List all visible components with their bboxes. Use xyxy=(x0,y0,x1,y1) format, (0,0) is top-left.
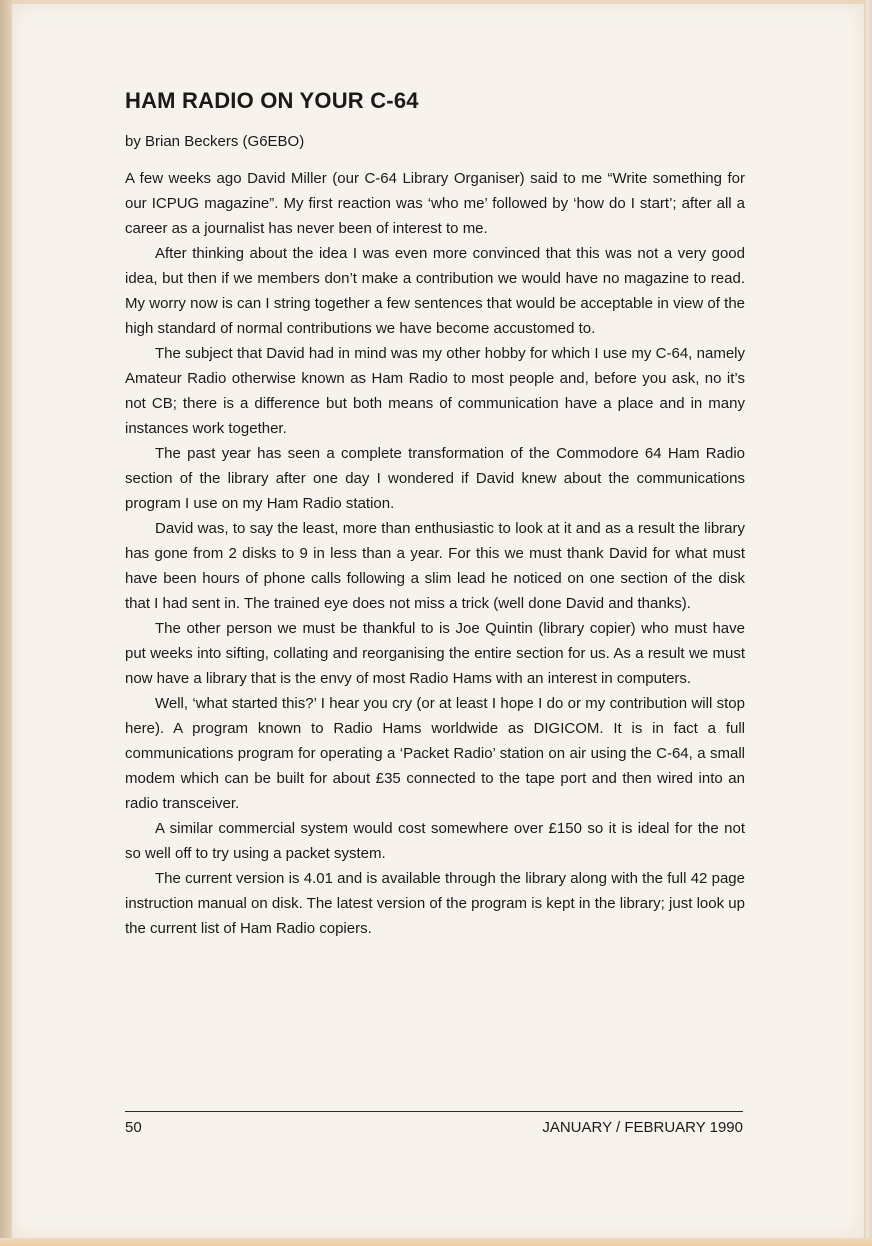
paragraph: The subject that David had in mind was m… xyxy=(125,341,745,441)
paragraph: Well, ‘what started this?’ I hear you cr… xyxy=(125,691,745,816)
paragraph: David was, to say the least, more than e… xyxy=(125,516,745,616)
page-right-edge xyxy=(866,0,872,1246)
article: HAM RADIO ON YOUR C-64 by Brian Beckers … xyxy=(125,88,745,941)
article-byline: by Brian Beckers (G6EBO) xyxy=(125,132,745,152)
paragraph: A few weeks ago David Miller (our C-64 L… xyxy=(125,166,745,241)
page-bottom-edge xyxy=(0,1238,872,1246)
footer-divider xyxy=(125,1111,743,1112)
paragraph: After thinking about the idea I was even… xyxy=(125,241,745,341)
paragraph: The current version is 4.01 and is avail… xyxy=(125,866,745,941)
paragraph: The past year has seen a complete transf… xyxy=(125,441,745,516)
page-number: 50 xyxy=(125,1118,142,1138)
issue-date: JANUARY / FEBRUARY 1990 xyxy=(542,1118,743,1138)
page-left-edge xyxy=(0,0,12,1246)
paragraph: A similar commercial system would cost s… xyxy=(125,816,745,866)
article-title: HAM RADIO ON YOUR C-64 xyxy=(125,88,745,114)
article-body: A few weeks ago David Miller (our C-64 L… xyxy=(125,166,745,941)
paragraph: The other person we must be thankful to … xyxy=(125,616,745,691)
page-footer: 50 JANUARY / FEBRUARY 1990 xyxy=(125,1118,743,1138)
